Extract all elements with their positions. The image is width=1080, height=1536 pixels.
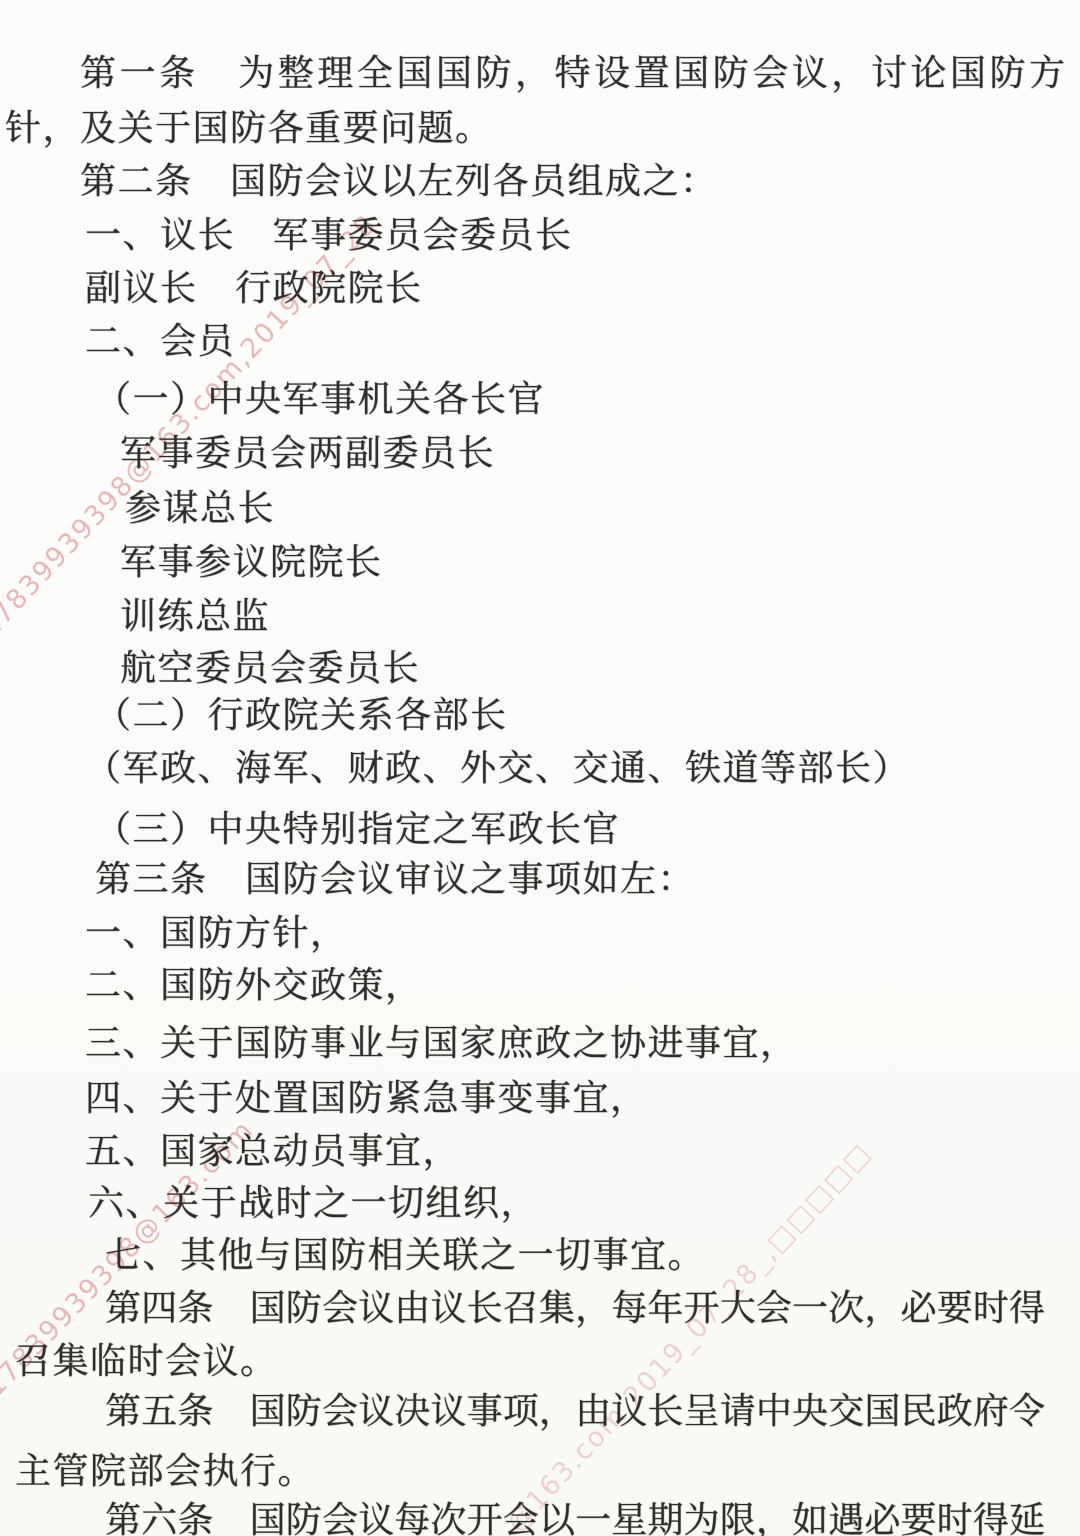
text-line-article-3: 第三条 国防会议审议之事项如左： bbox=[95, 856, 695, 902]
text-line: 主管院部会执行。 bbox=[15, 1448, 315, 1494]
text-line: 二、会员 bbox=[85, 318, 235, 364]
text-line: 一、议长 军事委员会委员长 bbox=[85, 212, 573, 258]
scanned-page: 0,17839939398@163.com,2019_07_28 0,17839… bbox=[0, 0, 1080, 1536]
text-line-article-1: 第一条 为整理全国国防，特设置国防会议，讨论国防方 bbox=[80, 50, 1065, 96]
text-line: 七、其他与国防相关联之一切事宜。 bbox=[105, 1232, 705, 1278]
text-line: 参谋总长 bbox=[125, 485, 275, 531]
text-line: 召集临时会议。 bbox=[15, 1338, 278, 1384]
text-line: （军政、海军、财政、外交、交通、铁道等部长） bbox=[85, 745, 910, 791]
text-line: （三）中央特别指定之军政长官 bbox=[95, 806, 620, 852]
text-line: 一、国防方针， bbox=[85, 910, 348, 956]
text-line: （一）中央军事机关各长官 bbox=[95, 376, 545, 422]
text-line: （二）行政院关系各部长 bbox=[95, 692, 508, 738]
watermark-text: @163.com,2019_07_28_,□□□□□ bbox=[501, 1137, 878, 1536]
text-line: 五、国家总动员事宜， bbox=[85, 1128, 460, 1174]
text-line-article-5: 第五条 国防会议决议事项，由议长呈请中央交国民政府令 bbox=[105, 1388, 1045, 1434]
text-line: 六、关于战时之一切组织， bbox=[88, 1180, 538, 1226]
text-line: 四、关于处置国防紧急事变事宜， bbox=[85, 1075, 648, 1121]
text-line-article-2: 第二条 国防会议以左列各员组成之： bbox=[80, 158, 718, 204]
text-line: 军事委员会两副委员长 bbox=[120, 430, 495, 476]
text-line: 副议长 行政院院长 bbox=[85, 265, 423, 311]
text-line: 训练总监 bbox=[120, 593, 270, 639]
text-line: 三、关于国防事业与国家庶政之协进事宜， bbox=[85, 1020, 798, 1066]
text-line: 二、国防外交政策， bbox=[85, 962, 423, 1008]
text-line: 针，及关于国防各重要问题。 bbox=[5, 105, 493, 151]
text-line: 航空委员会委员长 bbox=[120, 645, 420, 691]
text-line-article-4: 第四条 国防会议由议长召集，每年开大会一次，必要时得 bbox=[105, 1285, 1045, 1331]
text-line-article-6: 第六条 国防会议每次开会以一星期为限，如遇必要时得延 bbox=[105, 1497, 1045, 1536]
text-line: 军事参议院院长 bbox=[120, 539, 383, 585]
